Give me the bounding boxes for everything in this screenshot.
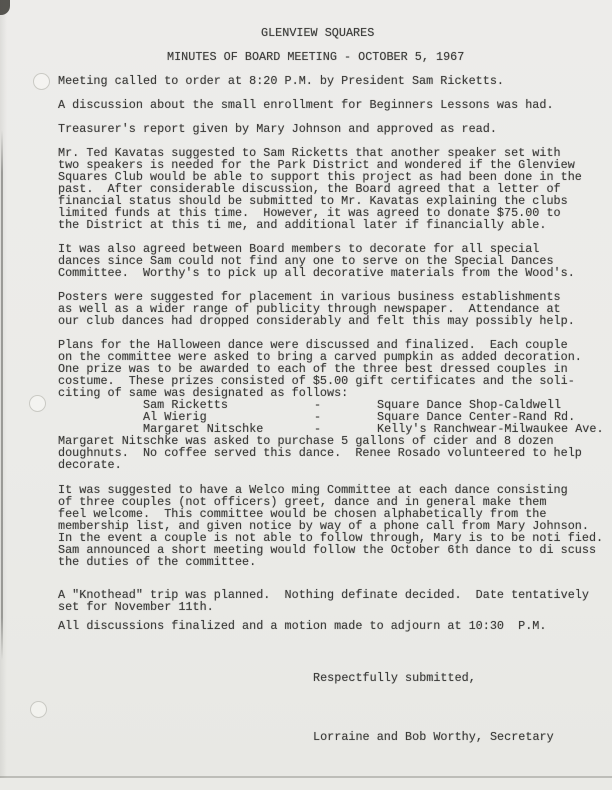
punch-hole-top	[33, 73, 50, 90]
club-name-heading: GLENVIEW SQUARES	[261, 27, 374, 39]
paragraph-posters-publicity: Posters were suggested for placement in …	[58, 291, 575, 327]
paragraph-refreshments: Margaret Nitschke was asked to purchase …	[58, 435, 582, 471]
paragraph-adjournment: All discussions finalized and a motion m…	[58, 620, 546, 632]
closing-respectfully-submitted: Respectfully submitted,	[313, 672, 476, 684]
paragraph-halloween-plans: Plans for the Halloween dance were discu…	[58, 339, 582, 399]
paragraph-kavatas-speaker-request: Mr. Ted Kavatas suggested to Sam Rickett…	[58, 147, 582, 231]
paragraph-knothead-trip: A "Knothead" trip was planned. Nothing d…	[58, 589, 589, 613]
paragraph-welcoming-committee: It was suggested to have a Welco ming Co…	[58, 484, 603, 568]
secretary-signature: Lorraine and Bob Worthy, Secretary	[313, 731, 554, 743]
meeting-title-heading: MINUTES OF BOARD MEETING - OCTOBER 5, 19…	[167, 51, 464, 63]
paragraph-call-to-order: Meeting called to order at 8:20 P.M. by …	[58, 75, 504, 87]
paragraph-enrollment: A discussion about the small enrollment …	[58, 99, 554, 111]
scan-background-strip	[0, 778, 612, 790]
scanned-minutes-page: GLENVIEW SQUARES MINUTES OF BOARD MEETIN…	[0, 0, 612, 790]
punch-hole-bottom	[30, 701, 47, 718]
left-edge-scan-line	[1, 130, 3, 660]
paragraph-treasurer-report: Treasurer's report given by Mary Johnson…	[58, 123, 497, 135]
paragraph-decorating: It was also agreed between Board members…	[58, 243, 575, 279]
